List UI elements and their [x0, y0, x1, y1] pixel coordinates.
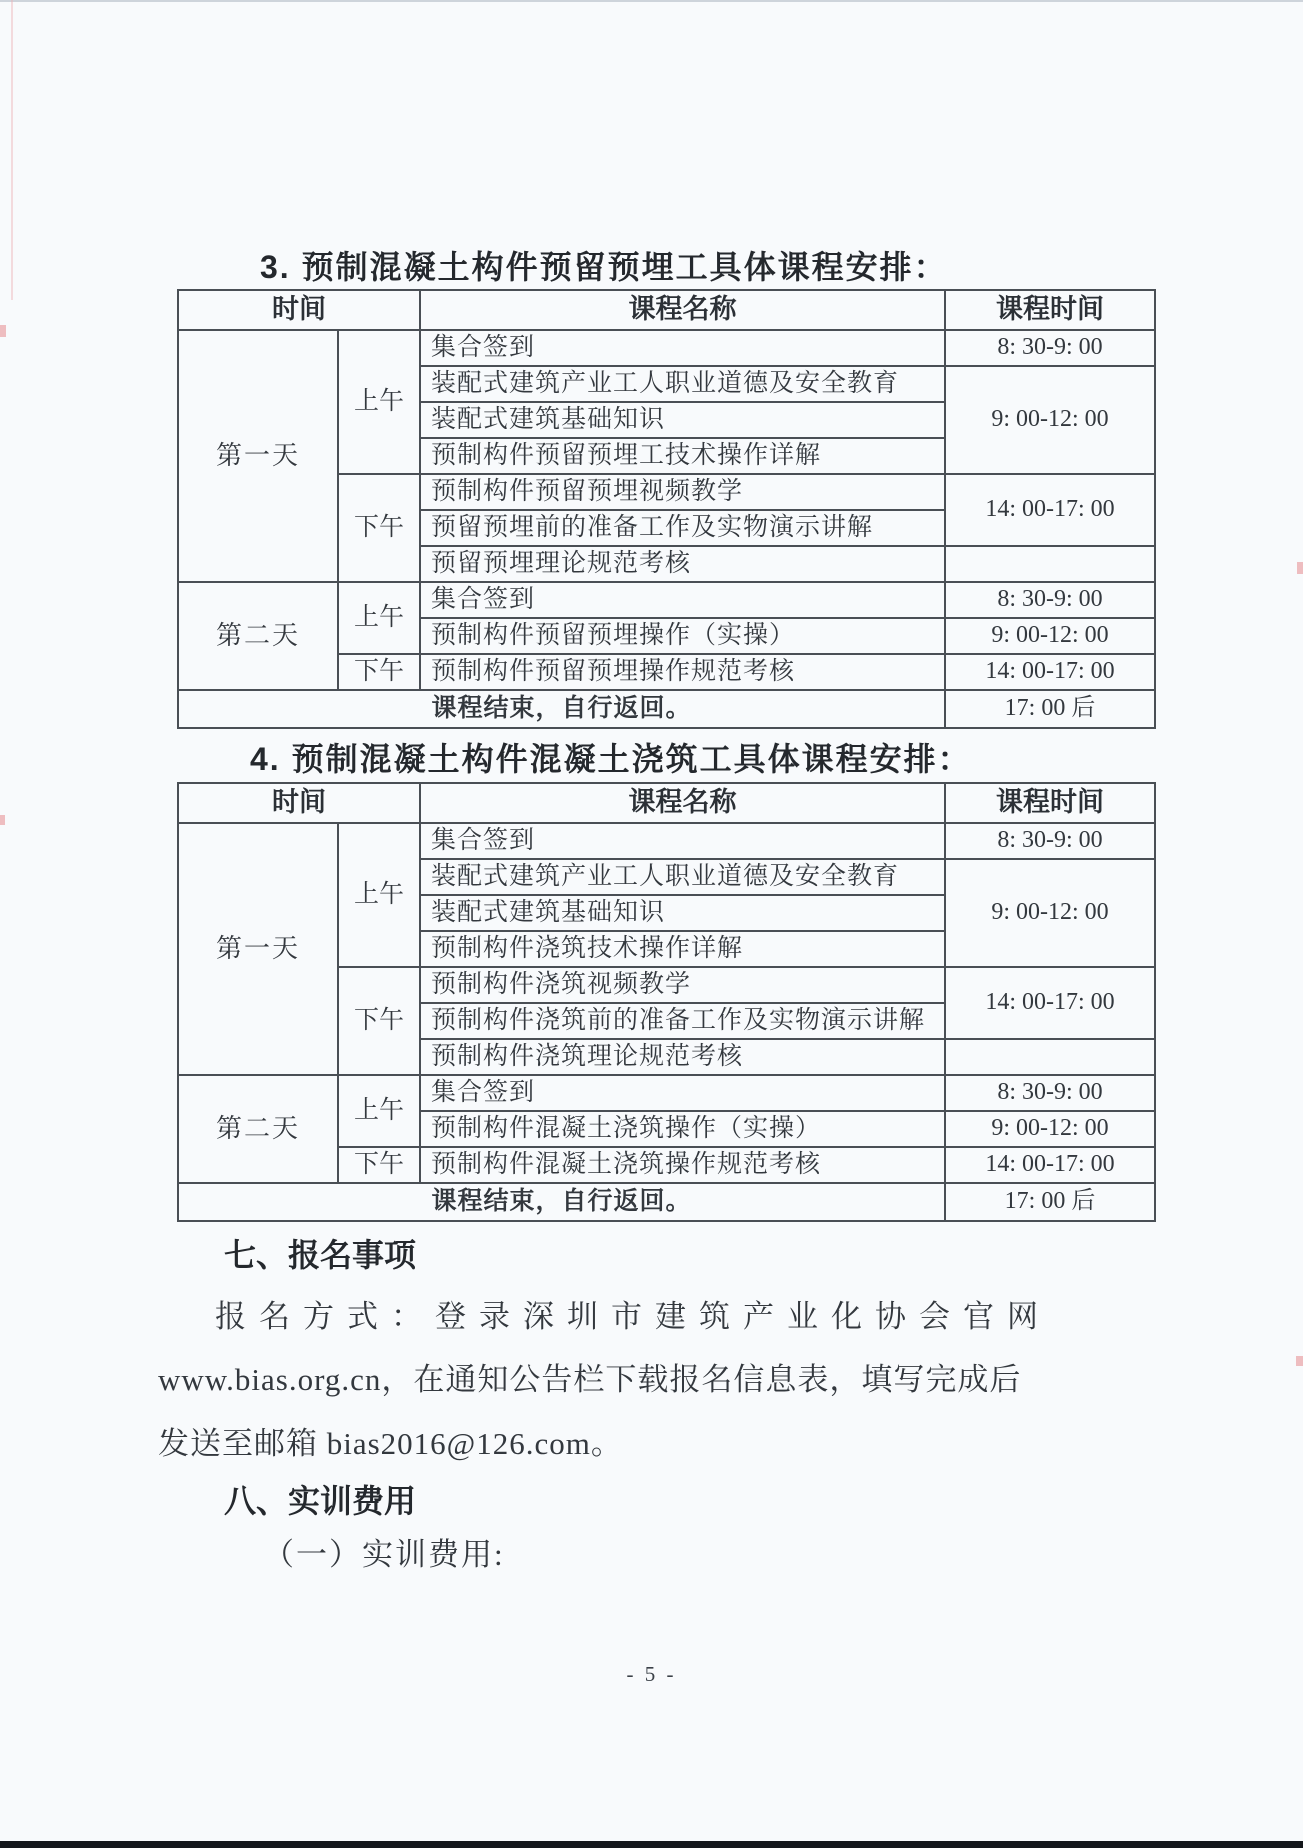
- cell-course: 预制构件浇筑理论规范考核: [420, 1039, 945, 1075]
- cell-time: 8: 30-9: 00: [945, 823, 1155, 859]
- cell-session-am: 上午: [338, 1075, 420, 1147]
- table-row: 第一天 上午 集合签到 8: 30-9: 00: [178, 823, 1155, 859]
- cell-time-empty: [945, 1039, 1155, 1075]
- cell-course: 集合签到: [420, 823, 945, 859]
- cell-time: 8: 30-9: 00: [945, 330, 1155, 366]
- cell-course: 预制构件预留预埋操作（实操）: [420, 618, 945, 654]
- col-header-time-period: 时间: [178, 290, 420, 330]
- scan-red-mark: [1296, 1356, 1303, 1366]
- scan-bottom-bar: [0, 1841, 1303, 1848]
- cell-course: 装配式建筑基础知识: [420, 895, 945, 931]
- table-row: 第二天 上午 集合签到 8: 30-9: 00: [178, 1075, 1155, 1111]
- col-header-course-name: 课程名称: [420, 783, 945, 823]
- cell-course-end: 课程结束，自行返回。: [178, 1183, 945, 1221]
- cell-course: 装配式建筑产业工人职业道德及安全教育: [420, 366, 945, 402]
- cell-session-am: 上午: [338, 582, 420, 654]
- cell-course: 预制构件预留预埋视频教学: [420, 474, 945, 510]
- cell-day-2: 第二天: [178, 582, 338, 690]
- cell-session-pm: 下午: [338, 654, 420, 690]
- cell-session-am: 上午: [338, 330, 420, 474]
- cell-time: 17: 00 后: [945, 690, 1155, 728]
- cell-time-empty: [945, 546, 1155, 582]
- table3-title: 3. 预制混凝土构件预留预埋工具体课程安排：: [260, 242, 948, 288]
- table-footer-row: 课程结束，自行返回。 17: 00 后: [178, 690, 1155, 728]
- cell-time: 9: 00-12: 00: [945, 366, 1155, 474]
- cell-session-pm: 下午: [338, 967, 420, 1075]
- scan-top-edge: [0, 0, 1303, 2]
- registration-email-line: 发送至邮箱 bias2016@126.com。: [158, 1418, 623, 1463]
- cell-course: 集合签到: [420, 582, 945, 618]
- scan-pink-line: [11, 0, 13, 300]
- cell-day-1: 第一天: [178, 823, 338, 1075]
- cell-course: 集合签到: [420, 330, 945, 366]
- cell-time: 9: 00-12: 00: [945, 859, 1155, 967]
- cell-session-pm: 下午: [338, 474, 420, 582]
- scan-red-mark: [1297, 562, 1303, 574]
- cell-course: 预制构件预留预埋操作规范考核: [420, 654, 945, 690]
- registration-method-line: 报名方式：登录深圳市建筑产业化协会官网: [215, 1291, 1051, 1336]
- cell-course: 预制构件预留预埋工技术操作详解: [420, 438, 945, 474]
- cell-day-1: 第一天: [178, 330, 338, 582]
- cell-time: 9: 00-12: 00: [945, 1111, 1155, 1147]
- schedule-table-3-wrap: 时间 课程名称 课程时间 第一天 上午 集合签到 8: 30-9: 00 装配式…: [177, 289, 1156, 729]
- section-8-heading: 八、实训费用: [224, 1476, 416, 1522]
- cell-course: 集合签到: [420, 1075, 945, 1111]
- table-row: 第二天 上午 集合签到 8: 30-9: 00: [178, 582, 1155, 618]
- cell-time: 14: 00-17: 00: [945, 474, 1155, 546]
- cell-time: 14: 00-17: 00: [945, 1147, 1155, 1183]
- schedule-table-3: 时间 课程名称 课程时间 第一天 上午 集合签到 8: 30-9: 00 装配式…: [177, 289, 1156, 729]
- col-header-course-time: 课程时间: [945, 783, 1155, 823]
- table-header-row: 时间 课程名称 课程时间: [178, 783, 1155, 823]
- cell-time: 8: 30-9: 00: [945, 582, 1155, 618]
- cell-course: 预留预埋前的准备工作及实物演示讲解: [420, 510, 945, 546]
- cell-course: 预制构件浇筑技术操作详解: [420, 931, 945, 967]
- section-7-heading: 七、报名事项: [224, 1230, 416, 1276]
- registration-website-line: www.bias.org.cn，在通知公告栏下载报名信息表，填写完成后: [158, 1354, 1021, 1399]
- cell-time: 8: 30-9: 00: [945, 1075, 1155, 1111]
- cell-course: 预制构件浇筑前的准备工作及实物演示讲解: [420, 1003, 945, 1039]
- document-page: 3. 预制混凝土构件预留预埋工具体课程安排： 时间 课程名称 课程时间 第一天 …: [0, 0, 1303, 1848]
- cell-time: 9: 00-12: 00: [945, 618, 1155, 654]
- cell-time: 14: 00-17: 00: [945, 967, 1155, 1039]
- scan-red-mark: [0, 325, 6, 337]
- table4-title: 4. 预制混凝土构件混凝土浇筑工具体课程安排：: [250, 734, 972, 780]
- cell-course-end: 课程结束，自行返回。: [178, 690, 945, 728]
- cell-session-am: 上午: [338, 823, 420, 967]
- table-header-row: 时间 课程名称 课程时间: [178, 290, 1155, 330]
- schedule-table-4-wrap: 时间 课程名称 课程时间 第一天 上午 集合签到 8: 30-9: 00 装配式…: [177, 782, 1156, 1222]
- cell-course: 预留预埋理论规范考核: [420, 546, 945, 582]
- cell-course: 装配式建筑产业工人职业道德及安全教育: [420, 859, 945, 895]
- scan-red-mark: [0, 815, 5, 825]
- cell-day-2: 第二天: [178, 1075, 338, 1183]
- cell-course: 预制构件混凝土浇筑操作（实操）: [420, 1111, 945, 1147]
- cell-time: 17: 00 后: [945, 1183, 1155, 1221]
- cell-course: 预制构件混凝土浇筑操作规范考核: [420, 1147, 945, 1183]
- table-footer-row: 课程结束，自行返回。 17: 00 后: [178, 1183, 1155, 1221]
- cell-course: 预制构件浇筑视频教学: [420, 967, 945, 1003]
- col-header-course-name: 课程名称: [420, 290, 945, 330]
- training-fee-line: （一）实训费用:: [263, 1529, 505, 1574]
- cell-course: 装配式建筑基础知识: [420, 402, 945, 438]
- schedule-table-4: 时间 课程名称 课程时间 第一天 上午 集合签到 8: 30-9: 00 装配式…: [177, 782, 1156, 1222]
- cell-session-pm: 下午: [338, 1147, 420, 1183]
- col-header-time-period: 时间: [178, 783, 420, 823]
- page-number: - 5 -: [0, 1662, 1303, 1687]
- cell-time: 14: 00-17: 00: [945, 654, 1155, 690]
- table-row: 第一天 上午 集合签到 8: 30-9: 00: [178, 330, 1155, 366]
- col-header-course-time: 课程时间: [945, 290, 1155, 330]
